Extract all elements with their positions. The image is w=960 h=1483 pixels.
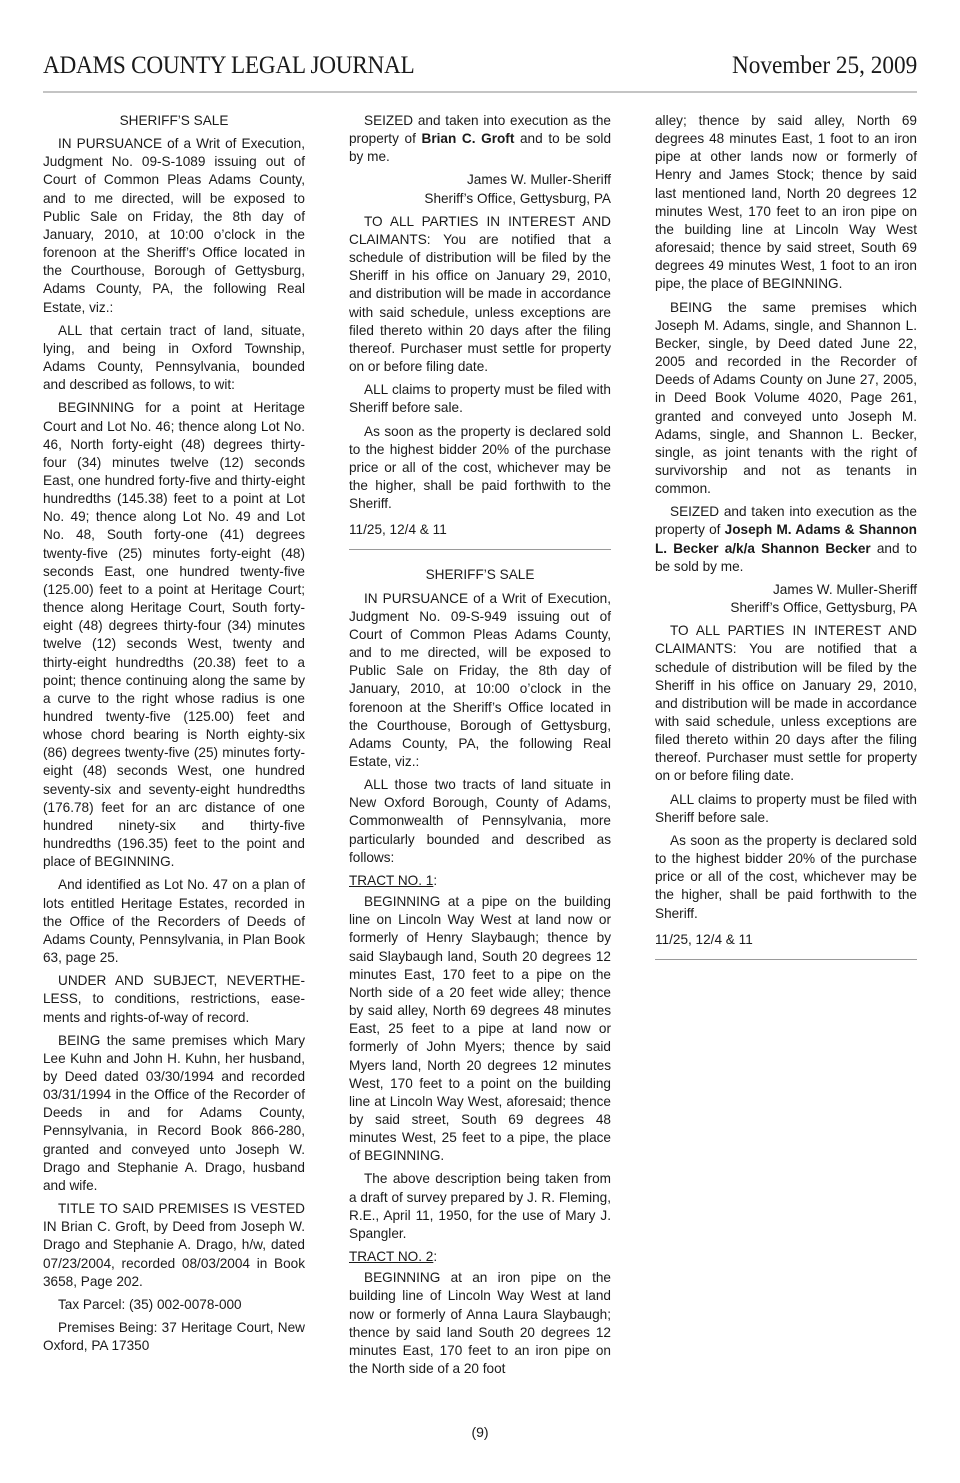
- issue-date: November 25, 2009: [732, 52, 917, 80]
- notice-1-subject-paragraph: UNDER AND SUBJECT, NEVERTHE­LESS, to con…: [43, 972, 305, 1026]
- survey-paragraph: The above description being taken from a…: [349, 1170, 611, 1243]
- notice-1-signature: James W. Muller-Sheriff Sheriff’s Office…: [349, 171, 611, 207]
- notice-divider: [349, 549, 611, 550]
- notice-1-seized-paragraph: SEIZED and taken into execution as the p…: [349, 112, 611, 166]
- notice-1-heading: SHERIFF’S SALE: [43, 112, 305, 130]
- notice-1-claims-paragraph: ALL claims to property must be filed wit…: [349, 381, 611, 417]
- notice-1-being-paragraph: BEING the same premises which Mary Lee K…: [43, 1032, 305, 1195]
- sheriff-office: Sheriff’s Office, Gettysburg, PA: [349, 190, 611, 208]
- sheriff-office: Sheriff’s Office, Gettysburg, PA: [655, 599, 917, 617]
- notice-1-lot-paragraph: And identified as Lot No. 47 on a plan o…: [43, 876, 305, 967]
- defendant-name: Brian C. Groft: [422, 131, 515, 146]
- notice-2-signature: James W. Muller-Sheriff Sheriff’s Office…: [655, 581, 917, 617]
- notice-2-writ-paragraph: IN PURSUANCE of a Writ of Execu­tion, Ju…: [349, 590, 611, 772]
- tract-1-label: TRACT NO. 1:: [349, 872, 611, 890]
- sheriff-name: James W. Muller-Sheriff: [349, 171, 611, 189]
- journal-title: ADAMS COUNTY LEGAL JOURNAL: [43, 52, 414, 80]
- notice-2-claims-paragraph: ALL claims to property must be filed wit…: [655, 791, 917, 827]
- notice-1-description-paragraph: BEGINNING for a point at Heritage Court …: [43, 399, 305, 871]
- tract-2-description: BEGINNING at an iron pipe on the buildin…: [349, 1269, 611, 1378]
- notice-2-heading: SHERIFF’S SALE: [349, 566, 611, 584]
- column-2: SEIZED and taken into execution as the p…: [349, 112, 611, 1383]
- tract-2-description-continued: alley; thence by said alley, North 69 de…: [655, 112, 917, 294]
- notice-1-title-paragraph: TITLE TO SAID PREMISES IS VEST­ED IN Bri…: [43, 1200, 305, 1291]
- notice-2-publication-dates: 11/25, 12/4 & 11: [655, 931, 917, 949]
- notice-1-tract-paragraph: ALL that certain tract of land, situate,…: [43, 322, 305, 395]
- sheriff-name: James W. Muller-Sheriff: [655, 581, 917, 599]
- column-3: alley; thence by said alley, North 69 de…: [655, 112, 917, 976]
- notice-end-divider: [655, 959, 917, 960]
- notice-2-parties-paragraph: TO ALL PARTIES IN INTEREST AND CLAIMANTS…: [655, 622, 917, 785]
- notice-1-payment-paragraph: As soon as the property is declared sold…: [349, 423, 611, 514]
- page-number: (9): [0, 1424, 960, 1440]
- notice-1-writ-paragraph: IN PURSUANCE of a Writ of Execu­tion, Ju…: [43, 135, 305, 317]
- tract-1-description: BEGINNING at a pipe on the building line…: [349, 893, 611, 1165]
- notice-2-being-paragraph: BEING the same premises which Joseph M. …: [655, 299, 917, 499]
- column-1: SHERIFF’S SALE IN PURSUANCE of a Writ of…: [43, 112, 305, 1360]
- notice-1-tax-parcel: Tax Parcel: (35) 002-0078-000: [43, 1296, 305, 1314]
- tract-2-label: TRACT NO. 2:: [349, 1248, 611, 1266]
- notice-2-seized-paragraph: SEIZED and taken into execution as the p…: [655, 503, 917, 576]
- notice-2-payment-paragraph: As soon as the property is declared sold…: [655, 832, 917, 923]
- notice-1-parties-paragraph: TO ALL PARTIES IN INTEREST AND CLAIMANTS…: [349, 213, 611, 376]
- journal-header: ADAMS COUNTY LEGAL JOURNAL November 25, …: [43, 52, 917, 92]
- notice-2-tracts-paragraph: ALL those two tracts of land situate in …: [349, 776, 611, 867]
- header-divider: [43, 91, 917, 93]
- tract-1-label-text: TRACT NO. 1: [349, 873, 433, 888]
- tract-2-label-text: TRACT NO. 2: [349, 1249, 433, 1264]
- notice-1-publication-dates: 11/25, 12/4 & 11: [349, 521, 611, 539]
- notice-1-premises: Premises Being: 37 Heritage Court, New O…: [43, 1319, 305, 1355]
